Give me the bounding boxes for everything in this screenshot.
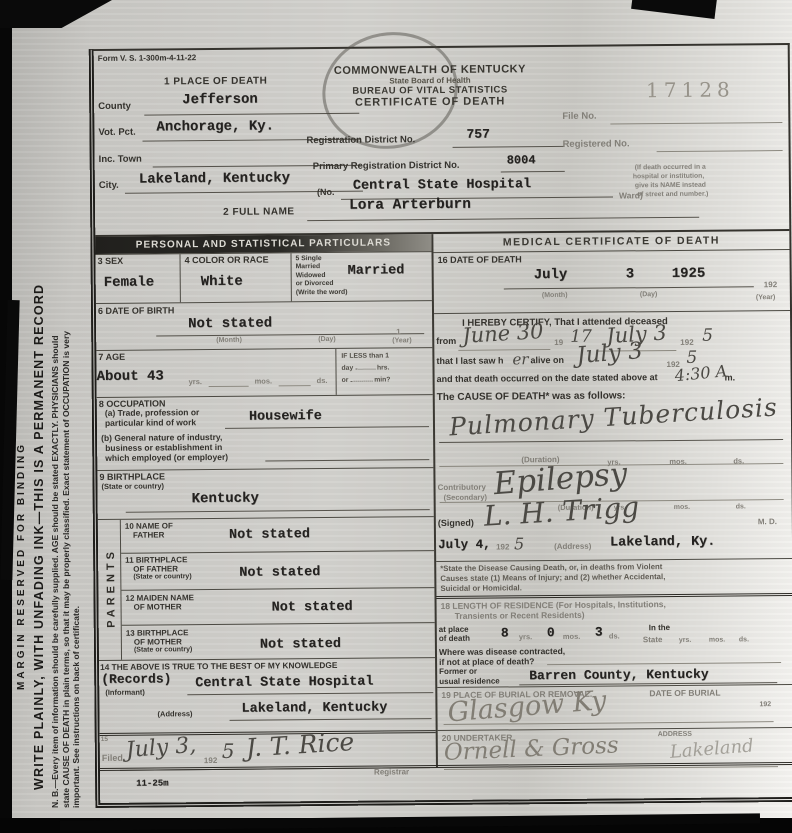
nb-note-line1: N. B.—Every item of information should b… (50, 20, 61, 820)
sex-race-marital-row: 3 SEX Female 4 COLOR OR RACE White 5 Sin… (95, 252, 431, 304)
parents-vertical-label: PARENTS (98, 520, 122, 660)
form-code: 11-25m (136, 778, 168, 788)
parents-group: PARENTS 10 NAME OF FATHER Not stated 11 … (98, 517, 435, 661)
if-less-or: or (342, 377, 349, 384)
filed-date-handwritten: July 3, (125, 733, 197, 763)
informant-label: (Informant) (105, 688, 145, 697)
attest-statement: 14 THE ABOVE IS TRUE TO THE BEST OF MY K… (100, 660, 337, 672)
attended-to-year: 5 (702, 326, 713, 346)
scanned-death-certificate: MARGIN RESERVED FOR BINDING WRITE PLAINL… (0, 0, 792, 833)
dob-year-prefix: 1 (396, 327, 401, 336)
signed-address-value: Lakeland, Ky. (610, 535, 715, 551)
if-less-cell: IF LESS than 1 day hrs. or min? (335, 348, 432, 395)
residence-months-value: 0 (547, 625, 555, 640)
institution-paren-label: (No. (317, 187, 335, 197)
file-no-label: File No. (562, 111, 596, 122)
at-place-line2: of death (439, 634, 470, 643)
father-bp-label-line2: OF FATHER (133, 564, 178, 573)
certificate-body: PERSONAL AND STATISTICAL PARTICULARS 3 S… (95, 229, 792, 770)
signed-year-value: 5 (514, 534, 524, 553)
form-footer: 11-25m (100, 762, 792, 804)
dotted-blank (355, 362, 375, 370)
sex-value: Female (104, 275, 155, 291)
birthplace-value: Kentucky (192, 491, 259, 508)
dod-day-value: 3 (626, 266, 635, 282)
dob-day-sublabel: (Day) (318, 336, 336, 343)
dod-label: 16 DATE OF DEATH (438, 254, 522, 265)
nb-note-line2: state CAUSE OF DEATH in plain terms, so … (61, 20, 72, 820)
marital-write-note: (Write the word) (296, 288, 432, 298)
mother-label-line1: 12 MAIDEN NAME (125, 593, 194, 603)
mother-bp-label-line3: (State or country) (134, 646, 192, 654)
cause-label: The CAUSE OF DEATH* was as follows: (437, 390, 626, 403)
father-birthplace-value: Not stated (239, 565, 320, 581)
sex-cell: 3 SEX Female (95, 254, 180, 303)
primary-district-label: Primary Registration District No. (313, 160, 460, 172)
residence-yrs-label: yrs. (519, 632, 532, 641)
state-label: State (643, 635, 663, 644)
underline (156, 333, 424, 336)
state-header: COMMONWEALTH OF KENTUCKY State Board of … (294, 63, 566, 109)
signed-date-row: July 4, 192 5 (Address) Lakeland, Ky. (436, 532, 792, 562)
contracted-line2: if not at place of death? (439, 656, 534, 667)
hospital-note-line1: (If death occurred in a (635, 164, 706, 172)
margin-reserved-text: MARGIN RESERVED FOR BINDING (16, 20, 27, 820)
birthplace-row: 9 BIRTHPLACE (State or country) Kentucky (97, 468, 433, 520)
duration-mos: mos. (669, 457, 687, 466)
death-time-value: 4:30 A (674, 361, 728, 385)
city-label: City. (99, 180, 119, 191)
contributory-label: Contributory (438, 483, 487, 492)
mother-bp-label-line2: OF MOTHER (134, 637, 182, 646)
primary-district-value: 8004 (507, 153, 536, 167)
institution-value: Central State Hospital (353, 177, 531, 194)
contracted-line1: Where was disease contracted, (439, 646, 565, 657)
dod-month-value: July (534, 267, 568, 283)
age-yrs-label: yrs. (189, 377, 202, 386)
at-place-line1: at place (439, 625, 469, 634)
underline (610, 122, 782, 125)
informant-address-label: (Address) (157, 709, 192, 718)
father-bp-label-line3: (State or country) (133, 573, 191, 581)
parents-label-text: PARENTS (105, 548, 118, 628)
hospital-note-line2: hospital or institution, (633, 173, 704, 181)
dob-month-sublabel: (Month) (216, 337, 242, 344)
mother-birthplace-value: Not stated (260, 637, 341, 653)
hospital-note-line3: give its NAME instead (635, 182, 706, 190)
signed-date-value: July 4, (438, 538, 491, 552)
dod-year-value: 1925 (672, 266, 706, 282)
death-time-m-label: m. (725, 372, 736, 382)
underline (657, 150, 783, 152)
county-label: County (98, 101, 131, 112)
dod-year-prefix: 192 (764, 280, 777, 289)
occupation-a-line2: particular kind of work (105, 417, 196, 428)
personal-statistical-column: PERSONAL AND STATISTICAL PARTICULARS 3 S… (95, 234, 438, 770)
county-value: Jefferson (182, 92, 258, 109)
occupation-value: Housewife (249, 409, 322, 425)
state-ds-label: ds. (739, 636, 749, 643)
attended-from-label: from (436, 336, 456, 346)
underline (126, 509, 430, 513)
race-value: White (201, 274, 243, 290)
underline (501, 171, 565, 173)
underline (209, 386, 249, 387)
underline (265, 459, 429, 461)
former-line2: usual residence (439, 677, 500, 687)
voting-precinct-label: Vot. Pct. (98, 127, 135, 138)
former-residence-value: Barren County, Kentucky (529, 667, 709, 684)
underline (458, 349, 550, 351)
underline (225, 426, 429, 429)
date-of-birth-row: 6 DATE OF BIRTH Not stated (Month) (Day)… (96, 301, 432, 351)
hospital-note-line4: of street and number.) (637, 191, 708, 199)
voting-precinct-value: Anchorage, Ky. (156, 118, 274, 135)
dob-year-sublabel: (Year) (392, 337, 412, 344)
mother-maiden-value: Not stated (272, 600, 353, 616)
if-less-day: day (341, 365, 353, 372)
sex-label: 3 SEX (98, 256, 124, 266)
residence-days-value: 3 (595, 625, 603, 640)
undertaker-address-label: ADDRESS (658, 731, 692, 738)
underline (187, 692, 433, 695)
duration-ds: ds. (733, 456, 744, 465)
full-name-value: Lora Arterburn (349, 197, 471, 214)
state-mos-label: mos. (709, 637, 725, 644)
form-number: Form V. S. 1-300m-4-11-22 (98, 53, 196, 63)
dod-day-sublabel: (Day) (640, 291, 658, 298)
last-saw-date: July 3 (575, 338, 643, 369)
underline (504, 286, 754, 289)
informant-address-value: Lakeland, Kentucky (241, 700, 387, 716)
residence-years-value: 8 (501, 625, 509, 640)
informant-value: Central State Hospital (195, 675, 373, 692)
birthplace-label: 9 BIRTHPLACE (99, 471, 165, 482)
age-row: 7 AGE About 43 yrs. mos. ds. IF LESS tha… (96, 348, 432, 398)
signed-address-label: (Address) (554, 542, 591, 551)
underline (547, 662, 781, 665)
duration2-mos: mos. (674, 504, 690, 511)
age-ds-label: ds. (317, 376, 328, 385)
race-label: 4 COLOR OR RACE (185, 255, 269, 266)
age-mos-label: mos. (255, 376, 273, 385)
filed-year-prefix: 192 (204, 756, 217, 765)
if-less-min: min? (374, 376, 390, 383)
mother-maiden-row: 12 MAIDEN NAME OF MOTHER Not stated (121, 588, 434, 626)
residence-label-line2: Transients or Recent Residents) (455, 610, 585, 621)
race-cell: 4 COLOR OR RACE White (180, 253, 291, 302)
attended-from-value: June 30 (462, 319, 545, 348)
records-label: (Records) (101, 671, 171, 687)
registered-no-label: Registered No. (563, 138, 630, 150)
cause-of-death-block: The CAUSE OF DEATH* was as follows: Pulm… (435, 387, 792, 535)
in-the-label: In the (649, 623, 670, 632)
underline (307, 217, 699, 221)
father-label-line2: FATHER (133, 530, 164, 539)
registration-district-label: Registration District No. (306, 134, 415, 146)
father-name-value: Not stated (229, 527, 310, 543)
attended-from-year-prefix: 19 (554, 338, 563, 347)
certificate-stamp-number: 17128 (646, 77, 735, 102)
city-value: Lakeland, Kentucky (139, 170, 290, 187)
footnote-line3: Suicidal or Homicidal. (440, 581, 792, 594)
mother-label-line2: OF MOTHER (134, 602, 182, 611)
write-plainly-text: WRITE PLAINLY, WITH UNFADING INK—THIS IS… (27, 20, 50, 820)
registrar-signature: J. T. Rice (245, 727, 355, 763)
nb-note-line3: important. See instructions on back of c… (71, 20, 82, 820)
age-label: 7 AGE (98, 352, 125, 362)
burial-row: 19 PLACE OF BURIAL OR REMOVAL. DATE OF B… (437, 685, 792, 731)
registration-district-value: 757 (466, 127, 490, 142)
death-occurred-statement: and that death occurred on the date stat… (437, 372, 658, 384)
father-name-row: 10 NAME OF FATHER Not stated (121, 517, 434, 554)
length-of-residence-row: 18 LENGTH OF RESIDENCE (For Hospitals, I… (437, 596, 792, 688)
md-label: M. D. (758, 517, 777, 526)
last-saw-post: alive on (530, 355, 564, 365)
last-saw-pre: that I last saw h (436, 355, 503, 366)
filed-label: Filed (102, 753, 123, 763)
underline (230, 718, 432, 721)
underline (453, 146, 565, 148)
place-of-death-label: 1 PLACE OF DEATH (164, 76, 267, 88)
last-saw-fill: er (512, 350, 528, 368)
dob-label: 6 DATE OF BIRTH (98, 305, 174, 316)
inc-town-label: Inc. Town (99, 154, 142, 165)
residence-mos-label: mos. (563, 632, 581, 641)
secondary-label: (Secondary) (444, 493, 487, 502)
certificate-form: Form V. S. 1-300m-4-11-22 1 PLACE OF DEA… (89, 43, 792, 808)
occupation-b-line3: which employed (or employer) (105, 452, 228, 463)
underline (279, 385, 311, 386)
father-label-line1: 10 NAME OF (125, 521, 173, 530)
certify-row: I HEREBY CERTIFY, That I attended deceas… (434, 311, 791, 390)
undertaker-address-value: Lakeland (669, 735, 754, 763)
underline (439, 439, 783, 443)
cause-footnote: *State the Disease Causing Death, or, in… (436, 559, 792, 599)
medical-section-title: MEDICAL CERTIFICATE OF DEATH (433, 231, 789, 252)
marital-value: Married (348, 263, 405, 278)
if-less-hrs: hrs. (377, 364, 390, 371)
age-cell: 7 AGE About 43 yrs. mos. ds. (96, 349, 335, 397)
certificate-title: CERTIFICATE OF DEATH (294, 95, 566, 109)
duration2-ds: ds. (736, 503, 746, 510)
marital-cell: 5 Single Married Widowed or Divorced (Wr… (291, 252, 431, 301)
date-of-death-row: 16 DATE OF DEATH July 3 1925 192 (Month)… (433, 250, 790, 314)
signed-label: (Signed) (438, 518, 474, 528)
father-birthplace-row: 11 BIRTHPLACE OF FATHER (State or countr… (121, 551, 434, 591)
residence-ds-label: ds. (609, 631, 620, 640)
age-value: About 43 (96, 368, 163, 385)
attended-to-year-prefix: 192 (680, 338, 693, 347)
dob-value: Not stated (188, 315, 272, 332)
burial-year-prefix: 192 (759, 701, 771, 708)
birthplace-sublabel: (State or country) (101, 481, 164, 491)
filed-year-handwritten: 5 (222, 739, 235, 763)
occupation-row: 8 OCCUPATION (a) Trade, profession or pa… (97, 395, 434, 471)
dod-month-sublabel: (Month) (542, 292, 568, 299)
full-name-label: 2 FULL NAME (223, 206, 295, 218)
mother-birthplace-row: 13 BIRTHPLACE OF MOTHER (State or countr… (122, 623, 435, 662)
burial-date-label: DATE OF BURIAL (649, 688, 720, 699)
signed-year-prefix: 192 (496, 542, 509, 551)
dod-year-sublabel: (Year) (756, 294, 776, 301)
former-line1: Former or (439, 667, 477, 676)
medical-certificate-column: MEDICAL CERTIFICATE OF DEATH 16 DATE OF … (433, 231, 792, 767)
state-yrs-label: yrs. (679, 637, 692, 644)
dotted-blank (350, 374, 372, 382)
binding-margin: MARGIN RESERVED FOR BINDING WRITE PLAINL… (16, 20, 92, 820)
filed-item-number: 15 (101, 736, 108, 743)
informant-row: 14 THE ABOVE IS TRUE TO THE BEST OF MY K… (99, 658, 436, 733)
